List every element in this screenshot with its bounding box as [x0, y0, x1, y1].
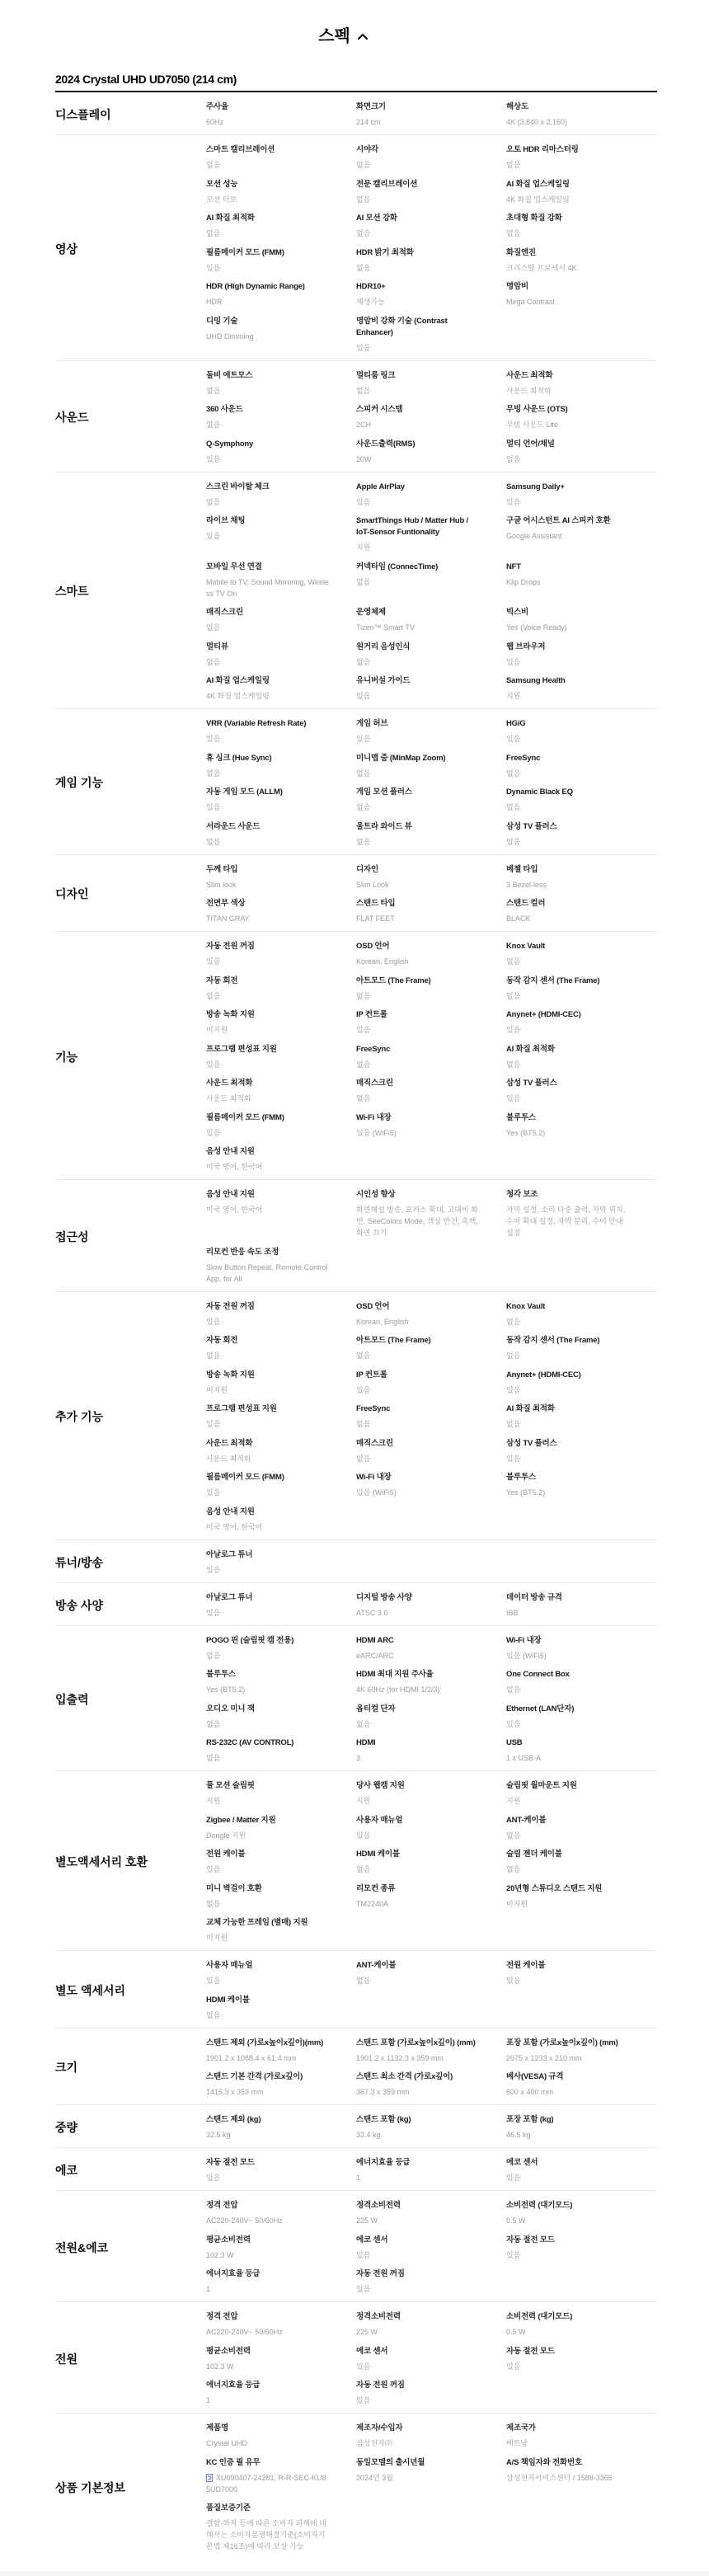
- spec-item: One Connect Box 없음: [506, 1669, 630, 1695]
- spec-item: 에너지효율 등급 1: [356, 2157, 480, 2183]
- spec-value: 없음: [356, 801, 480, 813]
- spec-value-text: 1 x USB-A: [506, 1754, 541, 1762]
- spec-item: 빅스비 Yes (Voice Ready): [506, 607, 630, 633]
- spec-value-text: 미국 영어, 한국어: [206, 1163, 262, 1171]
- spec-item: 모바일 무선 연결 Mobile to TV, Sound Mirroring,…: [206, 562, 330, 599]
- spec-item: 정격 전압 AC220-240V~ 50/60Hz: [206, 2311, 330, 2338]
- spec-value-text: 있음: [206, 455, 220, 463]
- spec-grid: 정격 전압 AC220-240V~ 50/60Hz 정격소비전력 225 W 소…: [206, 2200, 630, 2295]
- spec-item: 자동 전원 꺼짐 있음: [206, 1301, 330, 1328]
- spec-value-text: 있음: [506, 498, 520, 506]
- spec-label: 모션 성능: [206, 179, 330, 190]
- spec-label: AI 화질 업스케일링: [506, 179, 630, 190]
- spec-value: 모션 터보: [206, 194, 330, 205]
- spec-value: 지원: [356, 542, 480, 553]
- spec-value-text: 없음: [506, 769, 520, 778]
- spec-label: 에너지효율 등급: [206, 2380, 330, 2391]
- spec-value-text: Korean, English: [356, 1318, 409, 1326]
- spec-section: 방송 사양 아날로그 튜너 있음 디지털 방송 사양 ATSC 3.0 데이터 …: [55, 1583, 657, 1626]
- spec-value-text: 225 W: [356, 2216, 378, 2225]
- spec-item: 자동 절전 모드 있음: [506, 2235, 630, 2261]
- spec-value: 600 x 400 mm: [506, 2086, 630, 2098]
- spec-label: 사운드 최적화: [506, 370, 630, 382]
- section-title: 전원&에코: [55, 2240, 206, 2256]
- spec-value-text: Google Assistant: [506, 532, 562, 540]
- spec-value-text: 결함·하자 등에 따른 소비자 피해에 대해서는 소비자분쟁해결기준(소비자기본…: [206, 2519, 326, 2550]
- spec-value-text: FLAT FEET: [356, 914, 395, 923]
- spec-value-text: 1901.2 x 1132.3 x 359 mm: [356, 2054, 444, 2062]
- spec-value: 있음: [506, 496, 630, 508]
- spec-value-text: 있음: [506, 2174, 520, 2182]
- spec-label: 프로그램 편성표 지원: [206, 1044, 330, 1055]
- spec-value-text: 있음: [506, 735, 520, 743]
- spec-value: 있음: [206, 1127, 330, 1139]
- spec-grid: 자동 절전 모드 있음 에너지효율 등급 1 에코 센서 있음: [206, 2157, 630, 2183]
- spec-item: 스탠드 포함 (kg) 33.4 kg: [356, 2114, 480, 2141]
- spec-label: FreeSync: [506, 753, 630, 764]
- spec-value-text: 없음: [356, 658, 370, 666]
- spec-value-text: 없음: [356, 161, 370, 169]
- spec-item: 커넥타임 (ConnecTime) 없음: [356, 562, 480, 599]
- spec-label: 제조자/수입자: [356, 2423, 480, 2434]
- spec-label: 자동 절전 모드: [206, 2157, 330, 2169]
- spec-value: 4K (3,840 x 2,160): [506, 116, 630, 128]
- spec-value-text: 삼성전자서비스센터 / 1588-3366: [506, 2474, 613, 2482]
- section-title: 디스플레이: [55, 106, 206, 123]
- spec-value: 없음: [206, 656, 330, 668]
- spec-value-text: Slim Look: [356, 881, 389, 889]
- spec-value-text: TM2240A: [356, 1900, 388, 1908]
- spec-item: HDMI 케이블 없음: [356, 1849, 480, 1875]
- spec-value-text: AC220-240V~ 50/60Hz: [206, 2328, 283, 2336]
- section-title: 별도 액세서리: [55, 1982, 206, 1999]
- spec-value-text: 2024년 3월: [356, 2474, 393, 2482]
- spec-value-text: AC220-240V~ 50/60Hz: [206, 2216, 283, 2225]
- spec-value-text: UHD Dimming: [206, 332, 254, 341]
- spec-label: 명암비: [506, 281, 630, 293]
- spec-value: UHD Dimming: [206, 331, 330, 342]
- spec-value-text: 없음: [356, 838, 370, 846]
- spec-item: 프로그램 편성표 지원 있음: [206, 1044, 330, 1070]
- spec-value-text: 33.4 kg: [356, 2131, 381, 2139]
- spec-item: 전문 캘리브레이션 없음: [356, 179, 480, 205]
- spec-item: 웹 브라우저 있음: [506, 642, 630, 668]
- spec-label: 필름메이커 모드 (FMM): [206, 1472, 330, 1483]
- spec-value-text: 있음: [206, 1420, 220, 1428]
- spec-grid: 음성 안내 지원 미국 영어, 한국어 시인성 향상 화면해설 방송, 포커스 …: [206, 1189, 630, 1285]
- spec-value: 있음: [506, 2361, 630, 2372]
- spec-label: 스탠드 컬러: [506, 898, 630, 910]
- spec-value: 있음 (WiFi5): [356, 1487, 480, 1498]
- spec-section: 디스플레이 주사율 60Hz 화면크기 214 cm 해상도 4K (3,840…: [55, 92, 657, 135]
- spec-item: 자동 회전 없음: [206, 1335, 330, 1361]
- spec-value-text: HDR: [206, 298, 223, 306]
- spec-grid: 아날로그 튜너 있음 디지털 방송 사양 ATSC 3.0 데이터 방송 규격 …: [206, 1592, 630, 1619]
- spec-value: 미국 영어, 한국어: [206, 1161, 330, 1173]
- spec-item: 미니맵 줌 (MinMap Zoom) 없음: [356, 753, 480, 779]
- spec-value: 1: [206, 2283, 330, 2295]
- spec-label: 울트라 와이드 뷰: [356, 821, 480, 833]
- spec-label: 리모컨 반응 속도 조정: [206, 1247, 330, 1258]
- spec-value-text: 102.3 W: [206, 2251, 234, 2259]
- spec-value: 없음: [206, 2010, 330, 2021]
- spec-value-text: 없음: [206, 1351, 220, 1360]
- spec-item: Wi-Fi 내장 있음 (WiFi5): [356, 1472, 480, 1498]
- spec-item: 음성 안내 지원 미국 영어, 한국어: [206, 1507, 330, 1533]
- spec-value-text: 없음: [356, 992, 370, 1000]
- spec-value: 삼성전자㈜: [356, 2437, 480, 2449]
- spec-value-text: 없음: [206, 1754, 220, 1762]
- spec-value-text: 1901.2 x 1088.4 x 61.4 mm: [206, 2054, 296, 2062]
- spec-item: Knox Vault 없음: [506, 941, 630, 967]
- spec-value: 있음: [506, 1718, 630, 1730]
- spec-value-text: 사운드 최적화: [206, 1094, 251, 1102]
- spec-value-text: 있음: [356, 2251, 370, 2259]
- spec-label: 두께 타입: [206, 864, 330, 876]
- spec-label: 소비전력 (대기모드): [506, 2200, 630, 2212]
- spec-item: 돌비 애트모스 없음: [206, 370, 330, 397]
- spec-item: Ethernet (LAN단자) 있음: [506, 1704, 630, 1730]
- spec-value: 없음: [206, 1650, 330, 1662]
- spec-value-text: Mega Contrast: [506, 298, 555, 306]
- spec-value-text: 없음: [506, 957, 520, 966]
- spec-label: 전원 케이블: [506, 1960, 630, 1972]
- spec-label: 베사(VESA) 규격: [506, 2071, 630, 2083]
- spec-value-text: 있음: [206, 1566, 220, 1574]
- spec-label: 아날로그 튜너: [206, 1549, 330, 1561]
- spec-label: 청각 보조: [506, 1189, 630, 1201]
- spec-value: Slow Button Repeat, Remote Control App, …: [206, 1262, 330, 1285]
- spec-value: Slim Look: [356, 879, 480, 891]
- spec-label: One Connect Box: [506, 1669, 630, 1681]
- spec-value-text: 있음: [356, 2362, 370, 2371]
- spec-value: 없음: [356, 228, 480, 239]
- spec-value: 20W: [356, 454, 480, 465]
- spec-label: 평균소비전력: [206, 2235, 330, 2246]
- spec-value-text: Yes (BT5.2): [506, 1129, 545, 1137]
- spec-value: 없음: [506, 1316, 630, 1328]
- spec-value: 없음: [206, 385, 330, 397]
- spec-item: 디지털 방송 사양 ATSC 3.0: [356, 1592, 480, 1619]
- spec-label: Dynamic Black EQ: [506, 787, 630, 798]
- spec-item: AI 화질 최적화 없음: [206, 213, 330, 239]
- spec-item: 사용자 매뉴얼 있음: [206, 1960, 330, 1986]
- spec-item: 사운드 최적화 사운드 최적화: [506, 370, 630, 397]
- spec-value-text: XU090407-24281, R-R-SEC-KU85UD7000: [206, 2474, 326, 2494]
- spec-value: 없음: [206, 419, 330, 430]
- spec-item: AI 화질 업스케일링 4K 화질 업스케일링: [506, 179, 630, 205]
- spec-value-text: 있음: [206, 1977, 220, 1985]
- spec-item: 스탠드 타입 FLAT FEET: [356, 898, 480, 924]
- spec-value-text: 없음: [206, 498, 220, 506]
- spec-value: 있음: [506, 2249, 630, 2261]
- spec-value-text: eARC/ARC: [356, 1652, 394, 1660]
- spec-item: 에너지효율 등급 1: [206, 2380, 330, 2406]
- spec-grid: 풀 모션 슬림핏 지원 당사 웹캠 지원 지원 슬림핏 월마운트 지원 지원 Z…: [206, 1780, 630, 1944]
- spec-label: 사운드출력(RMS): [356, 439, 480, 450]
- spec-table: 디스플레이 주사율 60Hz 화면크기 214 cm 해상도 4K (3,840…: [55, 92, 657, 2571]
- spec-label: 매직스크린: [356, 1438, 480, 1450]
- spec-value-text: 있음: [206, 1060, 220, 1069]
- spec-value: 있음: [356, 1830, 480, 1841]
- spec-item: 매직스크린 없음: [356, 1078, 480, 1104]
- spec-value: 60Hz: [206, 116, 330, 128]
- spec-value: 없음: [506, 1864, 630, 1875]
- spec-item: 스탠드 컬러 BLACK: [506, 898, 630, 924]
- spec-value: AC220-240V~ 50/60Hz: [206, 2215, 330, 2226]
- spec-title: 스펙: [318, 25, 350, 48]
- spec-item: 유니버설 가이드 있음: [356, 675, 480, 702]
- spec-item: 주사율 60Hz: [206, 101, 330, 128]
- spec-item: 명암비 강화 기술 (Contrast Enhancer) 있음: [356, 316, 480, 354]
- spec-value: 없음: [356, 768, 480, 779]
- spec-value: 있음: [206, 2172, 330, 2183]
- spec-label: 데이터 방송 규격: [506, 1592, 630, 1604]
- section-title: 튜너/방송: [55, 1554, 206, 1571]
- spec-item: 360 사운드 없음: [206, 404, 330, 430]
- section-title: 입출력: [55, 1691, 206, 1708]
- spec-item: 에코 센서 있음: [356, 2235, 480, 2261]
- spec-value-text: 없음: [506, 1420, 520, 1428]
- spec-label: 에코 센서: [356, 2346, 480, 2357]
- spec-value-text: 없음: [206, 161, 220, 169]
- spec-value: 있음: [506, 656, 630, 668]
- spec-item: 자동 회전 없음: [206, 975, 330, 1002]
- spec-value: Tizen™ Smart TV: [356, 622, 480, 633]
- spec-value-text: 없음: [356, 1060, 370, 1069]
- spec-item: KC 인증 필 유무 XU090407-24281, R-R-SEC-KU85U…: [206, 2457, 330, 2495]
- spec-item: HDMI ARC eARC/ARC: [356, 1635, 480, 1662]
- spec-value-text: 있음: [206, 957, 220, 966]
- spec-label: 정격소비전력: [356, 2200, 480, 2212]
- spec-label: 옵티컬 단자: [356, 1704, 480, 1715]
- spec-item: 사용자 매뉴얼 있음: [356, 1815, 480, 1841]
- spec-value: 102.3 W: [206, 2249, 330, 2261]
- spec-label: Samsung Health: [506, 675, 630, 687]
- spec-grid: 스마트 캘리브레이션 없음 시야각 없음 오토 HDR 리마스터링 없음 모션 …: [206, 144, 630, 354]
- spec-value-text: IBB: [506, 1609, 519, 1617]
- spec-label: 시인성 향상: [356, 1189, 480, 1201]
- spec-label: 구글 어시스턴트 AI 스피커 호환: [506, 515, 630, 527]
- spec-value: 없음: [206, 622, 330, 633]
- spec-value-text: 있음 (WiFi5): [356, 1488, 397, 1497]
- spec-label: 20년형 스튜디오 스탠드 지원: [506, 1883, 630, 1895]
- spec-value-text: 없음: [506, 229, 520, 237]
- spec-value-text: 없음: [356, 1351, 370, 1360]
- spec-value: Crystal UHD: [206, 2437, 330, 2449]
- spec-item: HDMI 최대 지원 주사율 4K 60Hz (for HDMI 1/2/3): [356, 1669, 480, 1695]
- spec-value-text: 1415.3 x 359 mm: [206, 2088, 264, 2096]
- spec-item: AI 화질 최적화 없음: [506, 1403, 630, 1430]
- spec-value: 있음: [356, 2395, 480, 2406]
- spec-item: 에코 센서 있음: [506, 2157, 630, 2183]
- spec-value: 없음: [356, 385, 480, 397]
- spec-value: 없음: [356, 1059, 480, 1070]
- spec-value-text: 사운드 최적화: [206, 1455, 251, 1463]
- spec-value: XU090407-24281, R-R-SEC-KU85UD7000: [206, 2472, 330, 2495]
- spec-label: Zigbee / Matter 지원: [206, 1815, 330, 1826]
- spec-value: Dongle 지원: [206, 1830, 330, 1841]
- spec-label: Apple AirPlay: [356, 482, 480, 493]
- spec-item: AI 화질 업스케일링 4K 화질 업스케일링: [206, 675, 330, 702]
- spec-item: 오토 HDR 리마스터링 없음: [506, 144, 630, 171]
- spec-item: 아날로그 튜너 있음: [206, 1549, 330, 1576]
- spec-item: 사운드 최적화 사운드 최적화: [206, 1078, 330, 1104]
- spec-value: 없음: [506, 1350, 630, 1361]
- spec-label: 스탠드 포함 (kg): [356, 2114, 480, 2126]
- spec-item: FreeSync 없음: [356, 1044, 480, 1070]
- spec-item: Knox Vault 없음: [506, 1301, 630, 1328]
- spec-value-text: 2075 x 1233 x 210 mm: [506, 2054, 582, 2062]
- spec-label: HDMI 케이블: [206, 1995, 330, 2006]
- spec-value-text: 미국 영어, 한국어: [206, 1523, 262, 1531]
- spec-section: 접근성 음성 안내 지원 미국 영어, 한국어 시인성 향상 화면해설 방송, …: [55, 1180, 657, 1292]
- spec-value-text: 미지원: [206, 1934, 228, 1942]
- spec-label: AI 모션 강화: [356, 213, 480, 224]
- spec-label: IP 컨트롤: [356, 1370, 480, 1381]
- spec-label: 화면크기: [356, 101, 480, 113]
- spec-item: Apple AirPlay 있음: [356, 482, 480, 508]
- spec-label: 게임 모션 플러스: [356, 787, 480, 798]
- spec-section: 스마트 스크린 바이탈 체크 없음 Apple AirPlay 있음 Samsu…: [55, 472, 657, 710]
- spec-value: 있음 (WiFi5): [506, 1650, 630, 1662]
- spec-item: IP 컨트롤 있음: [356, 1009, 480, 1036]
- spec-value-text: 있음: [506, 2362, 520, 2371]
- spec-value-text: 있음: [206, 264, 220, 272]
- spec-value: Mega Contrast: [506, 296, 630, 308]
- section-title: 영상: [55, 241, 206, 257]
- spec-value: 없음: [506, 159, 630, 171]
- spec-item: 교체 가능한 프레임 (별매) 지원 미지원: [206, 1917, 330, 1944]
- spec-label: Anynet+ (HDMI-CEC): [506, 1009, 630, 1021]
- spec-value-text: 없음: [506, 1351, 520, 1360]
- spec-value-text: 있음 (WiFi5): [356, 1129, 397, 1137]
- spec-item: 소비전력 (대기모드) 0.5 W: [506, 2200, 630, 2226]
- spec-value-text: 재생가능: [356, 298, 385, 306]
- spec-label: 자동 전원 꺼짐: [206, 941, 330, 952]
- spec-section: 튜너/방송 아날로그 튜너 있음: [55, 1540, 657, 1583]
- spec-value: 지원: [356, 1795, 480, 1807]
- spec-value-text: 있음: [206, 2174, 220, 2182]
- spec-value-text: 없음: [206, 1900, 220, 1908]
- spec-toggle-button[interactable]: 스펙: [318, 25, 368, 48]
- spec-item: 블루투스 Yes (BT5.2): [506, 1472, 630, 1498]
- spec-label: 스탠드 타입: [356, 898, 480, 910]
- spec-item: 슬림 젠더 케이블 없음: [506, 1849, 630, 1875]
- spec-item: 리모컨 종류 TM2240A: [356, 1883, 480, 1910]
- spec-item: 매직스크린 없음: [356, 1438, 480, 1464]
- spec-section: 영상 스마트 캘리브레이션 없음 시야각 없음 오토 HDR 리마스터링 없음 …: [55, 135, 657, 361]
- spec-grid: 주사율 60Hz 화면크기 214 cm 해상도 4K (3,840 x 2,1…: [206, 101, 630, 128]
- spec-label: 당사 웹캠 지원: [356, 1780, 480, 1792]
- spec-value: 미국 영어, 한국어: [206, 1204, 330, 1215]
- spec-item: 음성 안내 지원 미국 영어, 한국어: [206, 1189, 330, 1239]
- spec-value: Korean, English: [356, 956, 480, 967]
- spec-item: FreeSync 없음: [356, 1403, 480, 1430]
- spec-item: 동작 감지 센서 (The Frame) 없음: [506, 975, 630, 1002]
- spec-value: 있음: [206, 801, 330, 813]
- spec-label: 미니맵 줌 (MinMap Zoom): [356, 753, 480, 764]
- spec-value-text: 1: [206, 2285, 210, 2293]
- spec-label: 디지털 방송 사양: [356, 1592, 480, 1604]
- spec-label: 시야각: [356, 144, 480, 156]
- spec-item: 울트라 와이드 뷰 없음: [356, 821, 480, 848]
- spec-label: 아트모드 (The Frame): [356, 975, 480, 987]
- spec-value: 없음: [206, 159, 330, 171]
- spec-label: HGiG: [506, 718, 630, 730]
- spec-label: 오토 HDR 리마스터링: [506, 144, 630, 156]
- spec-label: 자동 전원 꺼짐: [356, 2268, 480, 2280]
- spec-value: Yes (BT5.2): [506, 1487, 630, 1498]
- spec-value: 102.3 W: [206, 2361, 330, 2372]
- spec-value: 1: [206, 2395, 330, 2406]
- spec-label: 해상도: [506, 101, 630, 113]
- spec-item: 제조국가 베트남: [506, 2423, 630, 2449]
- spec-item: HDMI 3: [356, 1737, 480, 1764]
- spec-value: BLACK: [506, 913, 630, 924]
- spec-value: 없음: [356, 1093, 480, 1104]
- spec-label: FreeSync: [356, 1044, 480, 1055]
- spec-label: 아트모드 (The Frame): [356, 1335, 480, 1347]
- spec-value-text: 102.3 W: [206, 2362, 234, 2371]
- spec-label: 스탠드 제외 (가로x높이x깊이)(mm): [206, 2038, 330, 2049]
- spec-value-text: 없음: [356, 195, 370, 204]
- spec-item: HDR 밝기 최적화 없음: [356, 247, 480, 274]
- spec-label: 사용자 매뉴얼: [206, 1960, 330, 1972]
- spec-item: 멀티룸 링크 없음: [356, 370, 480, 397]
- spec-value: TITAN GRAY: [206, 913, 330, 924]
- section-title: 사운드: [55, 409, 206, 425]
- spec-value: 367.3 x 359 mm: [356, 2086, 480, 2098]
- spec-value-text: 없음: [206, 229, 220, 237]
- spec-value-text: 없음: [356, 1420, 370, 1428]
- spec-item: NFT Klip Drops: [506, 562, 630, 599]
- spec-grid: 스탠드 제외 (가로x높이x깊이)(mm) 1901.2 x 1088.4 x …: [206, 2038, 630, 2099]
- spec-value-text: 없음: [206, 992, 220, 1000]
- spec-value-text: Slim look: [206, 881, 237, 889]
- spec-label: 포장 포함 (kg): [506, 2114, 630, 2126]
- spec-label: 소비전력 (대기모드): [506, 2311, 630, 2323]
- spec-value-text: Slow Button Repeat, Remote Control App, …: [206, 1263, 328, 1283]
- spec-value-text: 없음: [506, 455, 520, 463]
- spec-value-text: 없음: [506, 1318, 520, 1326]
- spec-value-text: 있음: [356, 498, 370, 506]
- spec-value: 미지원: [206, 1932, 330, 1944]
- spec-value: 없음: [356, 1350, 480, 1361]
- spec-value: 있음: [206, 1418, 330, 1430]
- spec-value: 없음: [356, 194, 480, 205]
- spec-item: Anynet+ (HDMI-CEC) 있음: [506, 1009, 630, 1036]
- spec-value-text: 있음: [506, 1977, 520, 1985]
- spec-item: 시인성 향상 화면해설 방송, 포커스 확대, 고대비 화면, SeeColor…: [356, 1189, 480, 1239]
- spec-value: 1901.2 x 1132.3 x 359 mm: [356, 2052, 480, 2064]
- spec-value: Yes (BT5.2): [506, 1127, 630, 1139]
- spec-item: ANT-케이블 없음: [356, 1960, 480, 1986]
- spec-item: HGiG 있음: [506, 718, 630, 745]
- spec-value: 사운드 최적화: [506, 385, 630, 397]
- spec-value: 없음: [506, 1684, 630, 1695]
- spec-label: 사운드 최적화: [206, 1438, 330, 1450]
- spec-value: 미지원: [206, 1384, 330, 1396]
- spec-value-text: 있음: [206, 803, 220, 811]
- spec-value-text: 있음: [356, 2396, 370, 2404]
- spec-item: Q-Symphony 있음: [206, 439, 330, 465]
- spec-value-text: 있음: [506, 1720, 520, 1728]
- spec-label: 에코 센서: [506, 2157, 630, 2169]
- spec-item: AI 화질 최적화 없음: [506, 1044, 630, 1070]
- spec-value: HDR: [206, 296, 330, 308]
- spec-item: 삼성 TV 플러스 있음: [506, 821, 630, 848]
